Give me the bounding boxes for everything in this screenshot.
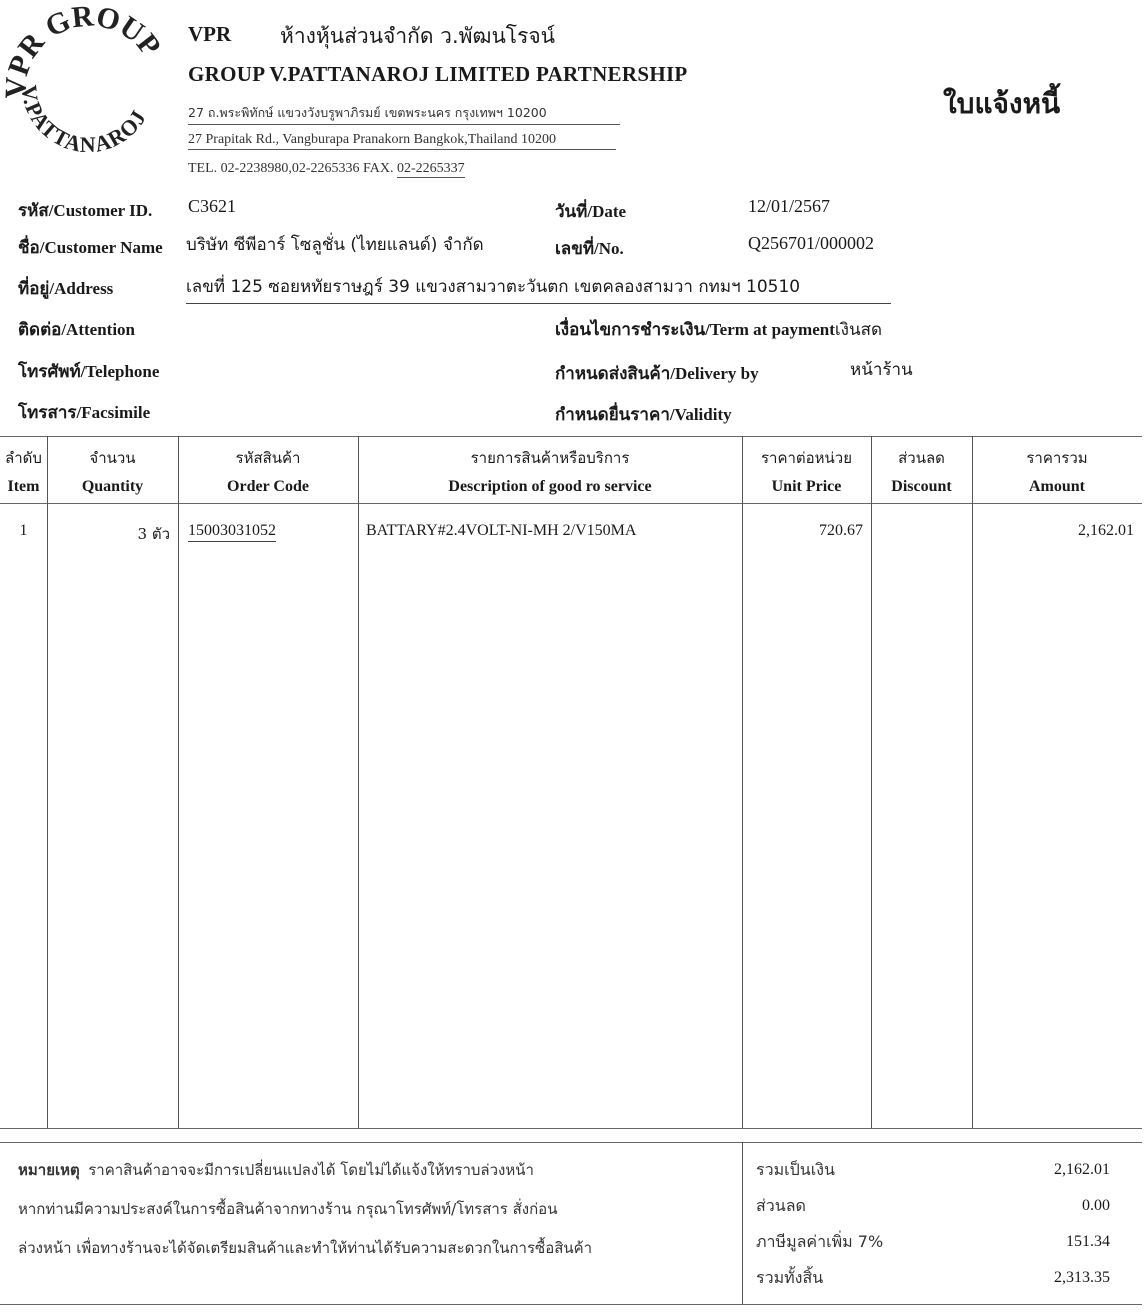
summary-value: 0.00: [1082, 1197, 1110, 1215]
table-cell-code: 15003031052: [188, 522, 358, 540]
company-name-th: ห้างหุ้นส่วนจำกัด ว.พัฒนโรจน์: [280, 20, 555, 53]
doc-no-label: เลขที่/No.: [555, 235, 624, 262]
column-header: ราคาต่อหน่วยUnit Price: [742, 446, 871, 496]
svg-text:VPR GROUP: VPR GROUP: [4, 4, 167, 99]
company-logo: VPR GROUP V.PATTANAROJ: [4, 4, 174, 174]
delivery-label: กำหนดส่งสินค้า/Delivery by: [555, 360, 759, 387]
customer-name-label: ชื่อ/Customer Name: [18, 234, 163, 261]
table-cell-item: 1: [0, 522, 47, 540]
company-name-en: GROUP V.PATTANAROJ LIMITED PARTNERSHIP: [188, 62, 688, 87]
facsimile-label: โทรสาร/Facsimile: [18, 399, 150, 426]
customer-address: เลขที่ 125 ซอยหทัยราษฎร์ 39 แขวงสามวาตะว…: [186, 273, 891, 304]
column-header: รหัสสินค้าOrder Code: [178, 446, 358, 496]
validity-label: กำหนดยื่นราคา/Validity: [555, 401, 732, 428]
customer-name: บริษัท ซีพีอาร์ โซลูชั่น (ไทยแลนด์) จำกั…: [186, 231, 484, 258]
company-address-th: 27 ถ.พระพิทักษ์ แขวงวังบรูพาภิรมย์ เขตพร…: [188, 103, 620, 125]
remark-label: หมายเหตุ: [18, 1161, 80, 1179]
term-row: เงื่อนไขการชำระเงิน/Term at paymentเงินส…: [555, 316, 882, 343]
remark-line-3: ล่วงหน้า เพื่อทางร้านจะได้จัดเตรียมสินค้…: [18, 1236, 592, 1260]
address-label: ที่อยู่/Address: [18, 275, 113, 302]
summary-label: รวมเป็นเงิน: [756, 1158, 835, 1183]
term-value: เงินสด: [835, 320, 882, 340]
table-cell-unit-price: 720.67: [742, 522, 871, 540]
remark-line-2: หากท่านมีความประสงค์ในการซื้อสินค้าจากทา…: [18, 1197, 557, 1221]
column-header: ลำดับItem: [0, 446, 47, 496]
telephone-label: โทรศัพท์/Telephone: [18, 358, 159, 385]
table-cell-amount: 2,162.01: [972, 522, 1142, 540]
summary-value: 2,162.01: [1054, 1161, 1110, 1179]
date-label: วันที่/Date: [555, 198, 626, 225]
remark-line-1: หมายเหตุ ราคาสินค้าอาจจะมีการเปลี่ยนแปลง…: [18, 1158, 534, 1182]
summary-label: รวมทั้งสิ้น: [756, 1266, 823, 1291]
customer-id-label: รหัส/Customer ID.: [18, 197, 152, 224]
document-title: ใบแจ้งหนี้: [943, 82, 1060, 126]
doc-no-value: Q256701/000002: [748, 233, 874, 254]
summary-value: 151.34: [1066, 1233, 1110, 1251]
company-abbr: VPR: [188, 22, 231, 47]
column-header: ส่วนลดDiscount: [871, 446, 972, 496]
customer-id: C3621: [188, 196, 236, 217]
company-address-en: 27 Prapitak Rd., Vangburapa Pranakorn Ba…: [188, 132, 616, 150]
svg-text:V.PATTANAROJ: V.PATTANAROJ: [17, 84, 152, 157]
company-contact: TEL. 02-2238980,02-2265336 FAX. 02-22653…: [188, 161, 465, 177]
summary-value: 2,313.35: [1054, 1269, 1110, 1287]
date-value: 12/01/2567: [748, 196, 830, 217]
delivery-value: หน้าร้าน: [850, 356, 913, 383]
term-label: เงื่อนไขการชำระเงิน/Term at payment: [555, 320, 835, 339]
column-header: รายการสินค้าหรือบริการDescription of goo…: [358, 446, 742, 496]
company-fax: 02-2265337: [397, 161, 465, 178]
column-header: ราคารวมAmount: [972, 446, 1142, 496]
summary-label: ส่วนลด: [756, 1194, 806, 1219]
attention-label: ติดต่อ/Attention: [18, 316, 135, 343]
table-cell-description: BATTARY#2.4VOLT-NI-MH 2/V150MA: [366, 522, 736, 540]
column-header: จำนวนQuantity: [47, 446, 178, 496]
table-cell-quantity: 3 ตัว: [47, 522, 178, 546]
summary-label: ภาษีมูลค่าเพิ่ม 7%: [756, 1230, 883, 1255]
